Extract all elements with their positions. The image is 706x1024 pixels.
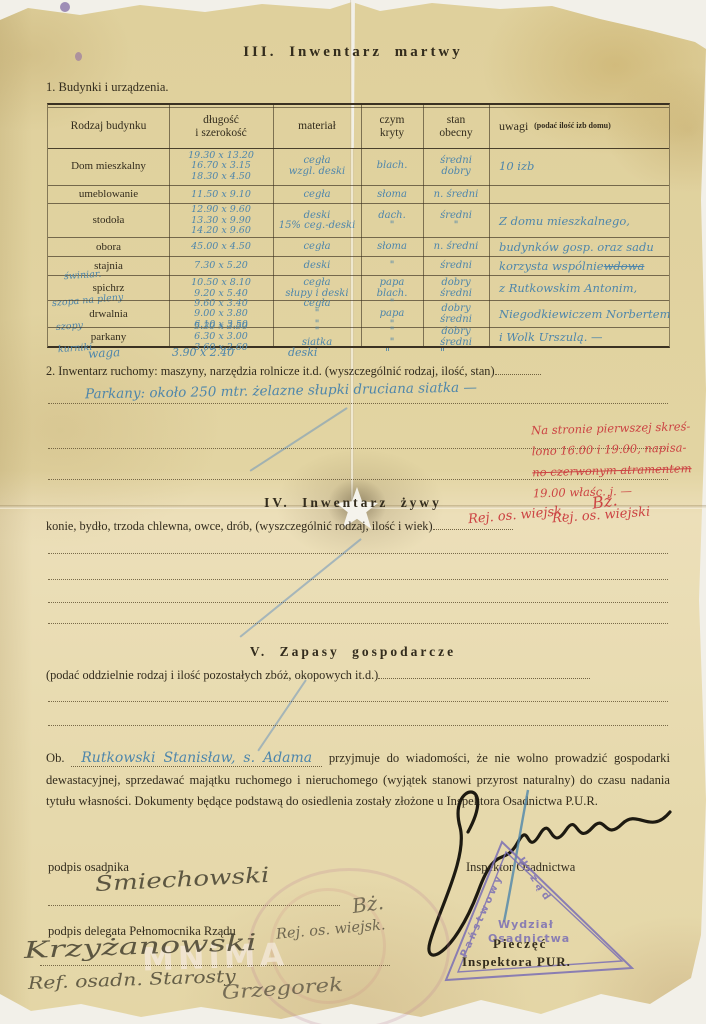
building-remarks: Niegodkiewiczem Norbertem — [489, 301, 679, 328]
building-state: dobry średni — [423, 328, 489, 347]
section5-subtitle: (podać oddzielnie rodzaj i ilość pozosta… — [46, 668, 590, 683]
building-dims: 12.90 x 9.60 13.30 x 9.90 14.20 x 9.60 — [169, 204, 273, 238]
building-remarks: Z domu mieszkalnego, — [489, 204, 679, 238]
building-state: średni — [423, 257, 489, 276]
building-covered: " " — [361, 328, 423, 347]
middle-initials: Bż. — [350, 890, 385, 918]
ruled-line — [48, 724, 668, 726]
building-remarks: korzysta wspólnie wdowa — [489, 257, 679, 276]
handwritten-note: świniar. — [64, 270, 102, 283]
building-remarks: z Rutkowskim Antonim, — [489, 276, 679, 301]
building-material: " siatka — [273, 328, 361, 347]
building-state: średni " — [423, 204, 489, 238]
building-name: umeblowanie — [48, 186, 169, 204]
building-name: świniar. spichrz szopa na pleny — [48, 276, 169, 301]
buildings-table: Rodzaj budynku długość i szerokość mater… — [47, 103, 670, 348]
red-note-line-struck: no czerwonym atramentem — [532, 458, 706, 484]
table-row-drwalnia: drwalnia szopy 9.60 x 3.40 9.00 x 3.80 6… — [48, 300, 669, 328]
stamp-edge-right-text: Urząd — [516, 856, 555, 906]
ruled-line — [48, 552, 668, 554]
stamp-inner-line1: Wydział — [498, 918, 554, 931]
building-remarks — [489, 186, 679, 204]
building-material: cegła wzgl. deski — [273, 148, 361, 185]
building-dims: 45.00 x 4.50 — [169, 238, 273, 257]
table-row-umeblowanie: umeblowanie 11.50 x 9.10 cegła słoma n. … — [48, 185, 669, 204]
header-covered-with: czym kryty — [361, 105, 423, 148]
header-building-type: Rodzaj budynku — [48, 105, 169, 148]
extra-row-state: " — [440, 346, 445, 359]
red-marginal-note: Na stronie pierwszej skreś- lono 16.00 i… — [531, 416, 706, 505]
section2-line: 2. Inwentarz ruchomy: maszyny, narzędzia… — [46, 364, 668, 379]
header-current-state: stan obecny — [423, 105, 489, 148]
building-covered: " papa " — [361, 301, 423, 328]
extra-row-dims: 3.90 x 2.40 — [172, 346, 234, 359]
building-covered: " — [361, 257, 423, 276]
building-name: drwalnia szopy — [48, 301, 169, 328]
building-covered: słoma — [361, 238, 423, 257]
table-row-dom-mieszkalny: Dom mieszkalny 19.30 x 13.20 16.70 x 3.1… — [48, 148, 669, 185]
declaration-ob: Ob. — [46, 751, 65, 765]
ruled-line — [48, 622, 668, 624]
building-covered: dach. " — [361, 204, 423, 238]
declaration-name-line: Rutkowski Stanisław, s. Adama — [71, 751, 322, 767]
pur-triangle-stamp: Państwowy Urząd Wydział Osadnictwa — [436, 838, 646, 998]
extra-row-material: deski — [288, 346, 317, 359]
building-covered: blach. — [361, 148, 423, 185]
ruled-line — [48, 700, 668, 702]
building-dims: 19.30 x 13.20 16.70 x 3.15 18.30 x 4.50 — [169, 148, 273, 185]
building-name: Dom mieszkalny — [48, 148, 169, 185]
table-row-stajnia: stajnia 7.30 x 5.20 deski " średni korzy… — [48, 256, 669, 276]
building-dims: 7.30 x 5.20 — [169, 257, 273, 276]
ruled-line — [48, 578, 668, 580]
ruled-line — [40, 964, 390, 966]
header-dimensions: długość i szerokość — [169, 105, 273, 148]
section4-subtitle: konie, bydło, trzoda chlewna, owce, drób… — [46, 519, 513, 534]
section4-title: IV. Inwentarz żywy — [0, 495, 706, 511]
section3-title: III. Inwentarz martwy — [0, 44, 706, 61]
seal-caption-line1: Pieczęć — [493, 936, 547, 952]
ink-speck — [60, 2, 70, 12]
table-row-spichrz: świniar. spichrz szopa na pleny 10.50 x … — [48, 275, 669, 301]
building-remarks: i Wolk Urszulą. — — [489, 328, 679, 347]
header-remarks: uwagi (podać ilość izb domu) — [489, 105, 679, 148]
extra-row-name: waga — [88, 345, 121, 361]
ruled-line — [48, 402, 668, 404]
table-row-parkany: parkany kurniki 5.30 x 3.50 6.30 x 3.00 … — [48, 327, 669, 347]
building-material: deski 15% ceg.-deski — [273, 204, 361, 238]
extra-row-covered: " — [385, 346, 390, 359]
building-material: cegła — [273, 186, 361, 204]
table-row-stodola: stodoła 12.90 x 9.60 13.30 x 9.90 14.20 … — [48, 203, 669, 238]
building-material: cegła — [273, 238, 361, 257]
building-name: stodoła — [48, 204, 169, 238]
building-name: obora — [48, 238, 169, 257]
table-header-row: Rodzaj budynku długość i szerokość mater… — [48, 105, 669, 149]
building-state: n. średni — [423, 186, 489, 204]
building-state: dobry średni — [423, 301, 489, 328]
building-covered: słoma — [361, 186, 423, 204]
building-state: średni dobry — [423, 148, 489, 185]
building-material: cegła " " — [273, 301, 361, 328]
section5-title: V. Zapasy gospodarcze — [0, 644, 706, 660]
table-row-obora: obora 45.00 x 4.50 cegła słoma n. średni… — [48, 237, 669, 257]
declaration-settler-name: Rutkowski Stanisław, s. Adama — [81, 750, 312, 766]
building-material: deski — [273, 257, 361, 276]
section3-subtitle: 1. Budynki i urządzenia. — [46, 80, 169, 95]
building-dims: 5.30 x 3.50 6.30 x 3.00 3.60 x 2.60 — [169, 328, 273, 347]
building-state: dobry średni — [423, 276, 489, 301]
building-remarks: 10 izb — [489, 148, 679, 185]
ruled-line — [48, 601, 668, 603]
seal-caption-line2: Inspektora PUR. — [462, 954, 571, 970]
scanned-document-page: III. Inwentarz martwy 1. Budynki i urząd… — [0, 0, 706, 1024]
building-remarks: budynków gosp. oraz sadu — [489, 238, 679, 257]
building-state: n. średni — [423, 238, 489, 257]
building-name: parkany kurniki — [48, 328, 169, 347]
header-material: materiał — [273, 105, 361, 148]
building-dims: 11.50 x 9.10 — [169, 186, 273, 204]
